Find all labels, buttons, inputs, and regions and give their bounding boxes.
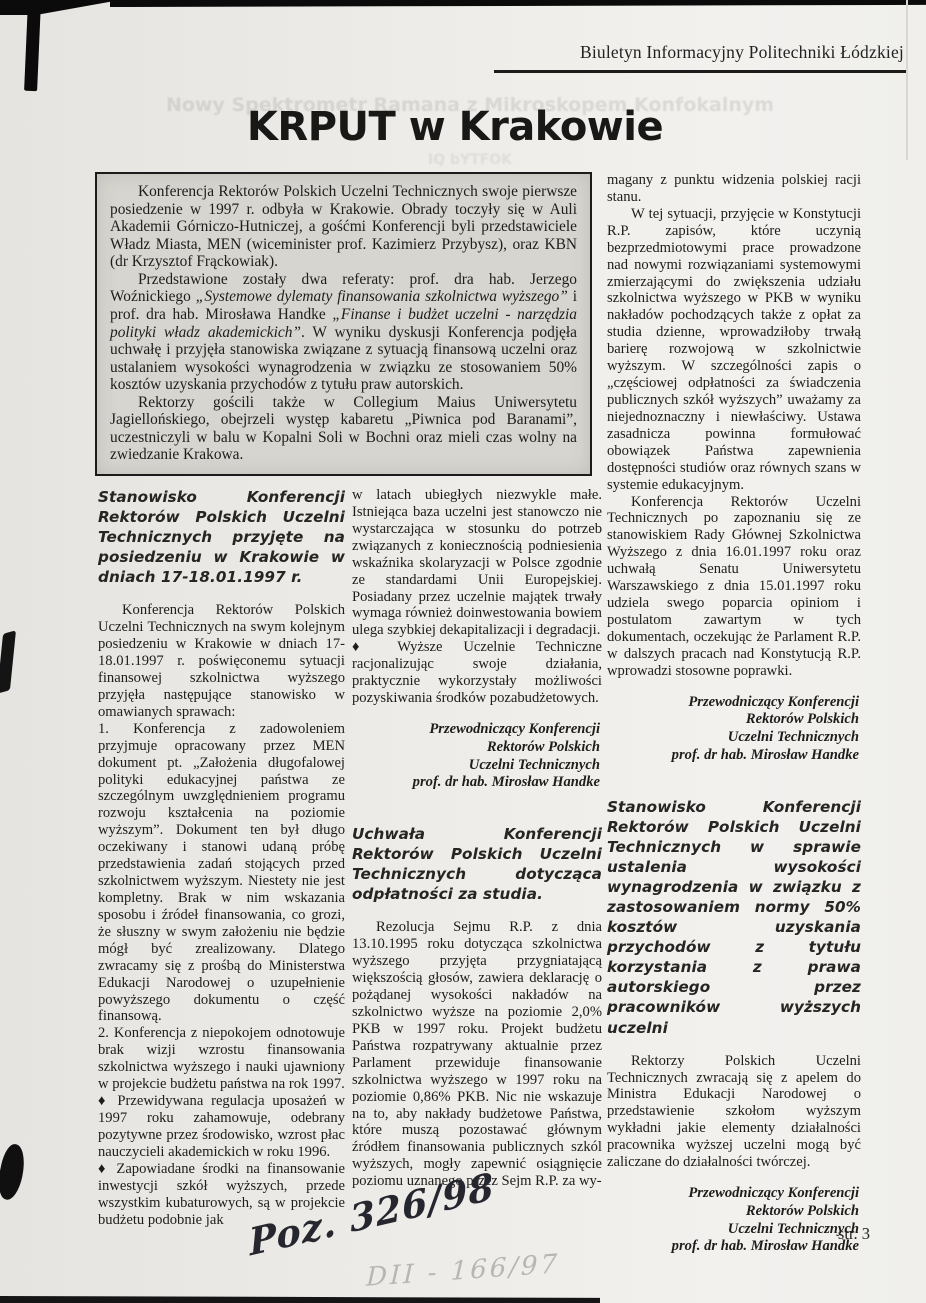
column-right: magany z punktu widzenia polskiej racji …: [607, 172, 861, 1268]
paragraph: ♦ Wyższe Uczelnie Techniczne racjonalizu…: [352, 639, 602, 707]
scan-artifact-fold-line: [906, 0, 908, 160]
paragraph: W tej sytuacji, przyjęcie w Konstytucji …: [607, 206, 861, 494]
scanned-page: Biuletyn Informacyjny Politechniki Łódzk…: [0, 0, 926, 1303]
paragraph: Konferencja Rektorów Polskich Uczelni Te…: [98, 602, 345, 720]
paragraph: ♦ Przewidywana regulacja uposażeń w 1997…: [98, 1093, 345, 1161]
paragraph: Konferencja Rektorów Uczelni Technicznyc…: [607, 494, 861, 680]
paragraph: 1. Konferencja z zadowoleniem przyjmuje …: [98, 721, 345, 1026]
scan-artifact-corner: [0, 0, 120, 15]
paragraph: Rezolucja Sejmu R.P. z dnia 13.10.1995 r…: [352, 919, 602, 1190]
paragraph: Przedstawione zostały dwa referaty: prof…: [110, 271, 577, 394]
article-title: KRPUT w Krakowie: [30, 104, 880, 150]
header-rule: [494, 70, 906, 73]
section-heading: Stanowisko Konferencji Rektorów Polskich…: [607, 797, 861, 1038]
scan-artifact-left-strip: [24, 3, 41, 91]
scan-artifact-bottom-edge: [0, 1296, 600, 1303]
section-heading: Uchwała Konferencji Rektorów Polskich Uc…: [352, 824, 602, 904]
column-left: Stanowisko Konferencji Rektorów Polskich…: [98, 487, 345, 1228]
signature-block: Przewodniczący KonferencjiRektorów Polsk…: [607, 1185, 859, 1256]
scan-artifact-left-blob: [0, 1142, 29, 1202]
ghost-bleedthrough-text-2: IQ bYTFOK: [250, 152, 690, 168]
scan-artifact-left-mark: [0, 630, 16, 693]
page-number: str. 3: [838, 1224, 870, 1244]
paragraph: Konferencja Rektorów Polskich Uczelni Te…: [110, 183, 577, 271]
intro-box: Konferencja Rektorów Polskich Uczelni Te…: [95, 172, 592, 476]
column-middle: w latach ubiegłych niezwykle małe. Istni…: [352, 487, 602, 1190]
scan-artifact-top-edge: [110, 0, 926, 7]
signature-block: Przewodniczący KonferencjiRektorów Polsk…: [607, 694, 859, 765]
signature-block: Przewodniczący KonferencjiRektorów Polsk…: [352, 721, 600, 792]
handwritten-note-pencil: DII - 166/97: [366, 1249, 561, 1293]
bulletin-header: Biuletyn Informacyjny Politechniki Łódzk…: [580, 42, 904, 63]
paragraph: Rektorzy Polskich Uczelni Technicznych z…: [607, 1053, 861, 1171]
paragraph: 2. Konferencja z niepokojem odnotowuje b…: [98, 1025, 345, 1093]
paragraph: Rektorzy gościli także w Collegium Maius…: [110, 394, 577, 464]
section-heading: Stanowisko Konferencji Rektorów Polskich…: [98, 487, 345, 587]
paragraph: magany z punktu widzenia polskiej racji …: [607, 172, 861, 206]
paragraph: w latach ubiegłych niezwykle małe. Istni…: [352, 487, 602, 639]
